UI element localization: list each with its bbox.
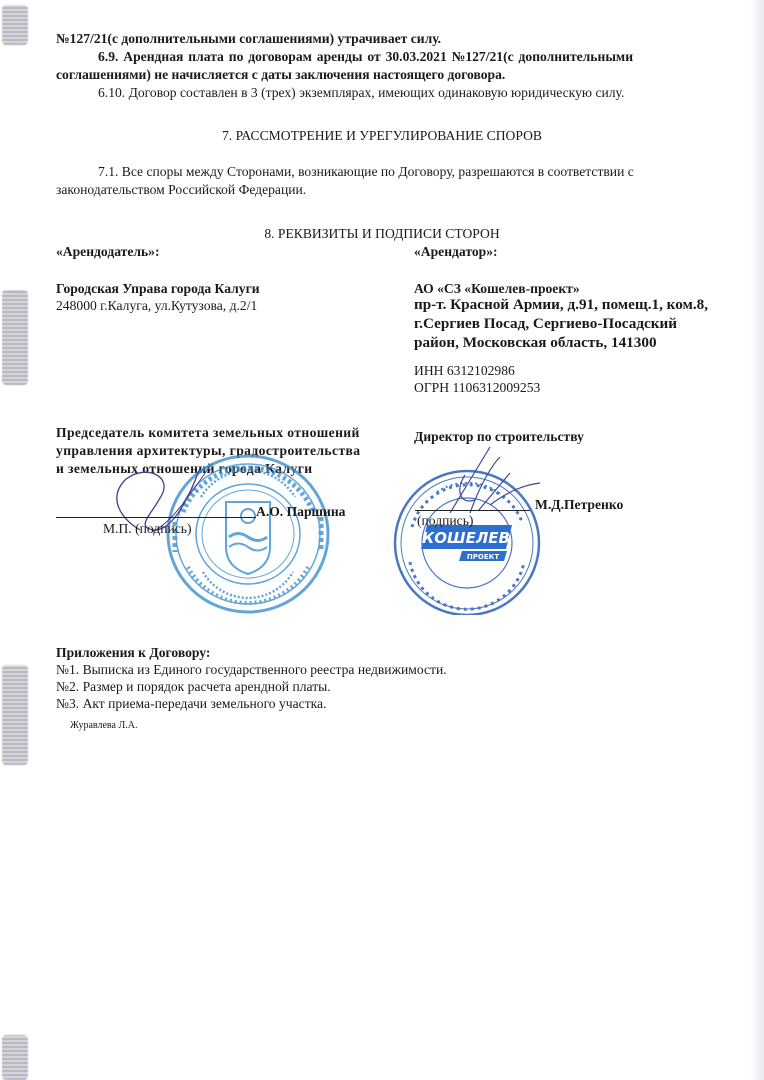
section7-p71-line2: законодательством Российской Федерации. — [56, 181, 306, 198]
section7-title-text: 7. РАССМОТРЕНИЕ И УРЕГУЛИРОВАНИЕ СПОРОВ — [222, 128, 542, 143]
section7-title: 7. РАССМОТРЕНИЕ И УРЕГУЛИРОВАНИЕ СПОРОВ — [0, 127, 764, 144]
tenant-address-line1: пр-т. Красной Армии, д.91, помещ.1, ком.… — [414, 295, 708, 315]
appendices-title: Приложения к Договору: — [56, 644, 210, 661]
tenant-inn: ИНН 6312102986 — [414, 362, 515, 379]
tenant-address-line3: район, Московская область, 141300 — [414, 333, 657, 353]
tenant-stamp-sub: ПРОЕКТ — [467, 553, 499, 561]
landlord-role: «Арендодатель»: — [56, 243, 160, 260]
section6-p69-line2: соглашениями) не начисляется с даты закл… — [56, 66, 505, 83]
appendix-item: №1. Выписка из Единого государственного … — [56, 661, 447, 678]
section6-continuation: №127/21(с дополнительными соглашениями) … — [56, 30, 441, 47]
tenant-position: Директор по строительству — [414, 428, 584, 445]
appendix-item: №3. Акт приема-передачи земельного участ… — [56, 695, 326, 712]
tenant-ogrn: ОГРН 1106312009253 — [414, 379, 540, 396]
tenant-signatory: М.Д.Петренко — [535, 496, 623, 513]
scan-artifact-mark — [2, 290, 28, 385]
scan-artifact-mark — [2, 665, 28, 765]
section6-p69-line1: 6.9. Арендная плата по договорам аренды … — [98, 48, 633, 65]
tenant-stamp-logo: КОШЕЛЕВ — [422, 529, 510, 547]
document-page: №127/21(с дополнительными соглашениями) … — [0, 0, 764, 1080]
appendix-item: №2. Размер и порядок расчета арендной пл… — [56, 678, 331, 695]
landlord-signatory: А.О. Паршина — [256, 503, 345, 520]
section8-title: 8. РЕКВИЗИТЫ И ПОДПИСИ СТОРОН — [0, 225, 764, 242]
section7-p71-line1: 7.1. Все споры между Сторонами, возникаю… — [98, 163, 634, 180]
tenant-signature — [440, 445, 550, 515]
tenant-role: «Арендатор»: — [414, 243, 498, 260]
tenant-signature-line — [415, 510, 530, 511]
landlord-sign-caption: М.П. (подпись) — [103, 520, 192, 537]
section6-p610: 6.10. Договор составлен в 3 (трех) экзем… — [98, 84, 624, 101]
section8-title-text: 8. РЕКВИЗИТЫ И ПОДПИСИ СТОРОН — [264, 226, 499, 241]
scan-edge-shadow — [750, 0, 764, 1080]
landlord-position-line1: Председатель комитета земельных отношени… — [56, 424, 360, 441]
scan-artifact-mark — [2, 5, 28, 45]
landlord-name: Городская Управа города Калуги — [56, 280, 260, 297]
tenant-address-line2: г.Сергиев Посад, Сергиево-Посадский — [414, 314, 677, 334]
landlord-signature-line — [56, 517, 256, 518]
executor-name: Журавлева Л.А. — [70, 720, 137, 731]
landlord-address: 248000 г.Калуга, ул.Кутузова, д.2/1 — [56, 297, 257, 314]
tenant-sign-caption: (подпись) — [417, 512, 473, 529]
scan-artifact-mark — [2, 1035, 28, 1080]
